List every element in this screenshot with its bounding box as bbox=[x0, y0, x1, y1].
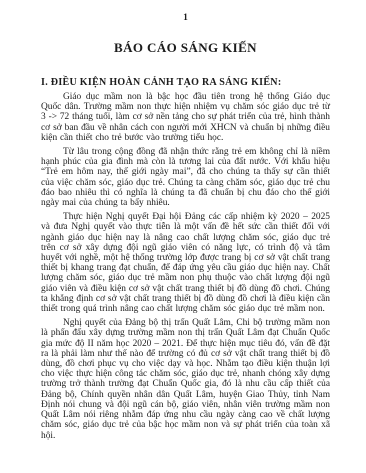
document-body: Giáo dục mầm non là bậc học đầu tiên tro… bbox=[41, 92, 330, 441]
page-number: 1 bbox=[41, 13, 330, 23]
section-heading: I. ĐIỀU KIỆN HOÀN CẢNH TẠO RA SÁNG KIẾN: bbox=[41, 77, 330, 88]
document-title: BÁO CÁO SÁNG KIẾN bbox=[41, 41, 330, 55]
paragraph: Giáo dục mầm non là bậc học đầu tiên tro… bbox=[41, 92, 330, 143]
document-page: 1 BÁO CÁO SÁNG KIẾN I. ĐIỀU KIỆN HOÀN CẢ… bbox=[0, 0, 366, 473]
paragraph: Từ lâu trong cộng đồng đã nhận thức rằng… bbox=[41, 147, 330, 208]
paragraph: Thực hiện Nghị quyết Đại hội Đảng các cấ… bbox=[41, 212, 330, 314]
paragraph: Nghị quyết của Đảng bộ thị trấn Quất Lâm… bbox=[41, 318, 330, 440]
